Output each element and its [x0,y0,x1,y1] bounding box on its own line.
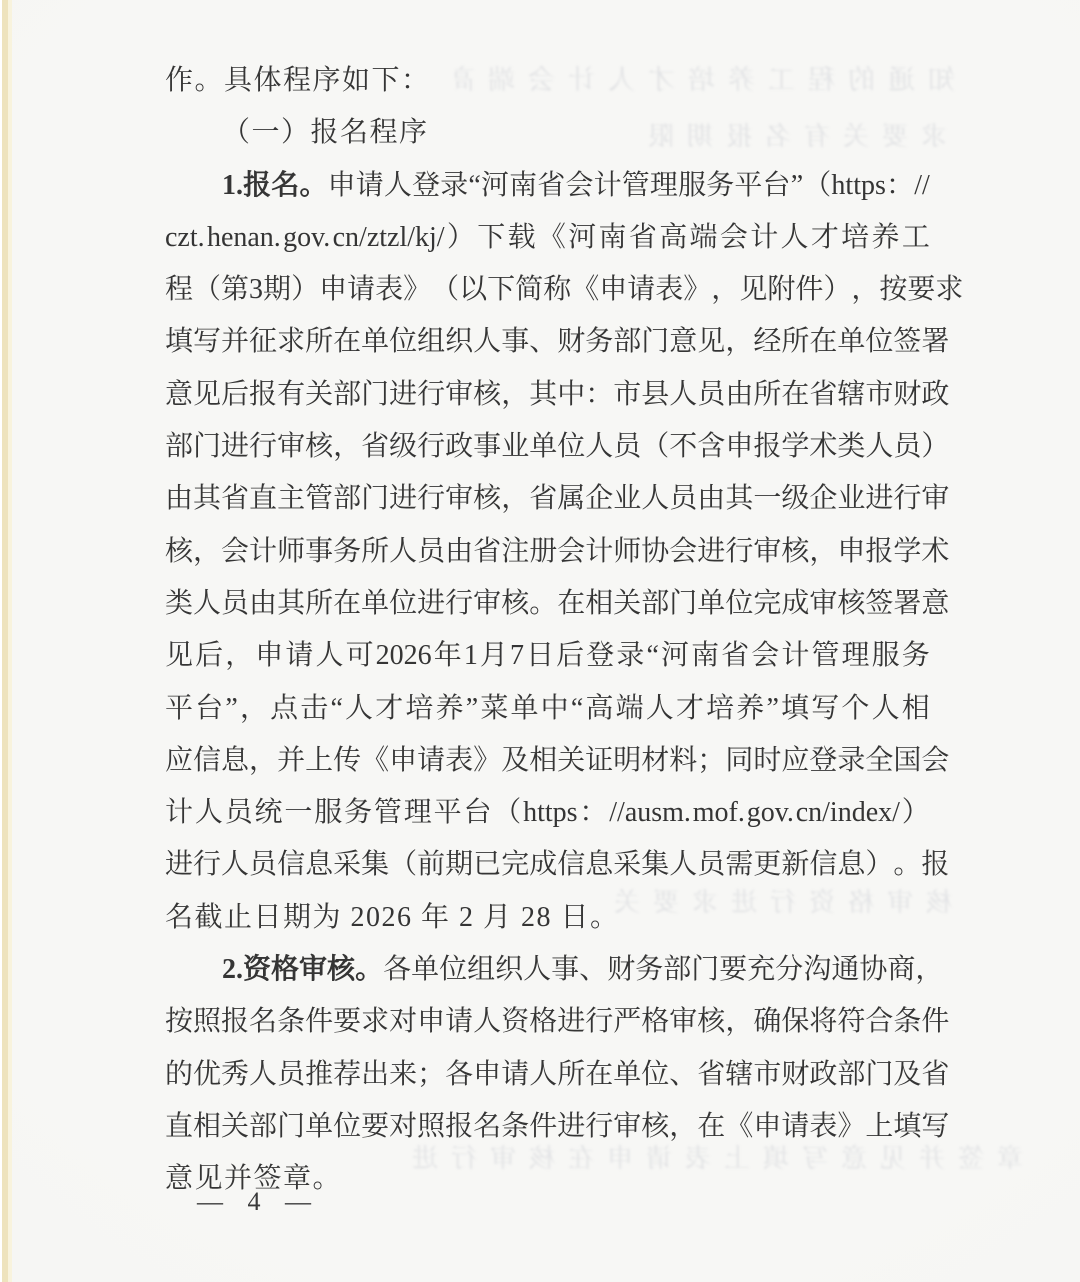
text-token: 所 [753,369,781,421]
text-token: 河 [661,630,689,682]
text-token: 管 [305,473,333,525]
text-token: gov. [283,212,330,264]
text-line: 的优秀人员推荐出来；各申请人所在单位、省辖市财政部门及省 [165,1049,930,1101]
text-token: 才 [375,683,403,735]
text-token: 才 [811,212,839,264]
text-token: 业 [501,421,529,473]
text-token: 息 [837,839,865,891]
text-token: ， [725,316,753,368]
text-token: 行 [585,1101,613,1153]
text-token: 服 [872,630,900,682]
text-token: 可 [346,630,374,682]
text-token: 并 [221,316,249,368]
text-token: 才 [676,683,704,735]
text-token: 意 [921,578,949,630]
text-token: 直 [165,1101,193,1153]
text-token: 核 [165,526,193,578]
text-token: ， [240,683,268,735]
text-token: 申 [389,735,417,787]
text-token: 有 [277,369,305,421]
text-token: 南 [691,630,719,682]
text-token: 人 [585,421,613,473]
text-token: 保 [781,996,809,1048]
text-token: 员 [613,421,641,473]
text-token: 核 [305,421,333,473]
text-token: 请 [356,160,384,212]
text-token: 省 [361,421,389,473]
text-token: 业 [837,473,865,525]
text-token: 荐 [333,1049,361,1101]
text-token: ” [225,683,237,735]
text-token: 门 [277,1101,305,1153]
text-token: 市 [753,1049,781,1101]
text-token: 行 [417,421,445,473]
text-token: 同 [725,735,753,787]
text-token: 新 [781,839,809,891]
text-run: 作。具体程序如下： [165,65,431,96]
text-token: 报 [221,996,249,1048]
text-token: 计 [750,212,778,264]
text-token: 核 [781,526,809,578]
text-token: 程 [165,264,193,316]
text-token: 称 [543,264,571,316]
text-token: 件 [305,996,333,1048]
text-token: 核 [473,473,501,525]
text-token: 各 [383,944,411,996]
text-token: 位 [333,1101,361,1153]
text-token: 在 [585,1049,613,1101]
text-token: 写 [921,1101,949,1153]
text-token: 员 [669,473,697,525]
text-token: 名 [271,160,299,212]
text-token: 在 [697,1101,725,1153]
text-token: 务 [585,316,613,368]
text-token: 在 [781,369,809,421]
text-token: 统 [255,787,283,839]
text-token: 见 [739,264,767,316]
text-token: 登 [412,160,440,212]
text-token: 其 [193,473,221,525]
text-token: 人 [195,787,223,839]
text-token: 人 [641,473,669,525]
text-token: 应 [781,735,809,787]
text-token: 优 [193,1049,221,1101]
text-token: 信 [193,735,221,787]
text-token: 学 [781,421,809,473]
text-token: 料 [669,735,697,787]
text-token: 格 [271,944,299,996]
text-token: 2026 [376,630,432,682]
text-token: 意 [165,369,193,421]
text-token: 见 [165,630,193,682]
text-token: 所 [781,316,809,368]
text-token: 审 [277,421,305,473]
text-token: 务 [902,630,930,682]
text-token: 资 [243,944,271,996]
text-line: 部门进行审核，省级行政事业单位人员（不含申报学术类人员） [165,421,930,473]
text-token: 审 [445,369,473,421]
text-token: 分 [775,944,803,996]
text-token: 所 [361,526,389,578]
text-line: 2.资格审核。各单位组织人事、财务部门要充分沟通协商， [165,944,930,996]
text-line: 进行人员信息采集（前期已完成信息采集人员需更新信息）。报 [165,839,930,891]
text-token: 。 [893,839,921,891]
text-token: 将 [809,996,837,1048]
text-token: ） [291,264,319,316]
text-token: 门 [361,473,389,525]
text-line: 计人员统一服务管理平台（https：//ausm.mof.gov.cn/inde… [165,787,930,839]
text-line: 应信息，并上传《申请表》及相关证明材料；同时应登录全国会 [165,735,930,787]
text-token: 按 [879,264,907,316]
text-token: 符 [837,996,865,1048]
text-token: 由 [445,526,473,578]
text-token: 政 [809,1049,837,1101]
text-token: 。 [529,578,557,630]
text-token: 事 [473,421,501,473]
text-token: 事 [305,526,333,578]
text-token: 息 [305,839,333,891]
text-token: 门 [669,578,697,630]
text-line: 填写并征求所在单位组织人事、财务部门意见，经所在单位签署 [165,316,930,368]
text-token: 位 [557,421,585,473]
text-token: 核 [473,369,501,421]
text-token: 省 [629,212,657,264]
text-token: 核 [641,1101,669,1153]
text-token: 名 [249,996,277,1048]
text-token: 省 [221,473,249,525]
document-body: 作。具体程序如下：（一）报名程序1.报名。申请人登录“河南省会计管理服务平台”（… [165,55,930,1206]
text-token: 务 [344,787,372,839]
text-token: 学 [893,526,921,578]
text-token: 培 [706,683,734,735]
text-token: 省 [473,526,501,578]
text-token: 格 [641,996,669,1048]
text-token: 企 [585,473,613,525]
text-token: “ [646,630,658,682]
text-token: 师 [277,526,305,578]
text-token: ， [501,473,529,525]
text-token: 传 [333,735,361,787]
text-token: 审 [669,996,697,1048]
text-token: 位 [439,944,467,996]
text-token: 核 [501,578,529,630]
text-token: 个 [841,683,869,735]
text-token: 人 [529,1049,557,1101]
text-token: 辖 [837,369,865,421]
text-token: 签 [865,578,893,630]
text-token: 人 [384,160,412,212]
text-token: 工 [902,212,930,264]
text-token: 已 [473,839,501,891]
text-token: ； [417,1049,445,1101]
text-token: 人 [221,839,249,891]
text-token: 见 [193,369,221,421]
text-token: 人 [473,316,501,368]
text-token: 上 [305,735,333,787]
text-token: 企 [809,473,837,525]
text-token: 员 [893,421,921,473]
text-token: 求 [935,264,963,316]
text-token: 审 [473,578,501,630]
text-token: 要 [907,264,935,316]
text-token: 明 [613,735,641,787]
text-token: 下 [487,264,515,316]
text-token: 。 [299,160,327,212]
text-token: （ [493,787,521,839]
text-token: 年 [434,630,462,682]
text-token: 1. [222,160,243,212]
text-token: 台 [463,787,491,839]
text-token: 协 [641,526,669,578]
text-token: “ [571,683,583,735]
text-token: 人 [646,683,674,735]
text-token: 期 [263,264,291,316]
text-token: 申 [599,264,627,316]
text-token: 菜 [480,683,508,735]
text-token: 术 [809,421,837,473]
text-token: 员 [221,578,249,630]
text-token: ） [823,264,851,316]
text-token: 类 [165,578,193,630]
text-token: 审 [921,473,949,525]
text-token: 表 [655,264,683,316]
text-token: 秀 [221,1049,249,1101]
text-run: 名截止日期为 2026 年 2 月 28 日。 [165,902,620,933]
text-token: 》 [837,1101,865,1153]
text-token: 理 [404,787,432,839]
text-token: 理 [842,630,870,682]
text-token: 培 [405,683,433,735]
text-token: 部 [663,944,691,996]
text-token: 1 [464,630,478,682]
text-token: 3 [249,264,263,316]
text-token: 申 [255,630,283,682]
text-token: 请 [445,996,473,1048]
text-token: 单 [529,421,557,473]
text-token: 财 [893,369,921,421]
text-token: 部 [837,1049,865,1101]
text-token: 国 [893,735,921,787]
text-token: 录 [616,630,644,682]
text-token: 织 [495,944,523,996]
text-token: 签 [893,316,921,368]
text-token: 进 [557,1101,585,1153]
text-token: 及 [893,1049,921,1101]
text-token: ， [249,735,277,787]
text-token: 单 [305,1101,333,1153]
text-token: 主 [277,473,305,525]
text-token: 要 [333,996,361,1048]
text-token: 直 [249,473,277,525]
text-token: 。 [355,944,383,996]
text-token: 件 [921,996,949,1048]
text-token: 行 [249,421,277,473]
text-token: 注 [501,526,529,578]
text-token: 省 [921,1049,949,1101]
text-token: 人 [781,212,809,264]
text-token: 关 [221,1101,249,1153]
text-token: 师 [613,526,641,578]
text-token: 单 [361,316,389,368]
text-token: 养 [736,683,764,735]
text-line: （一）报名程序 [165,107,930,159]
text-run: （一）报名程序 [222,117,429,148]
text-line: 由其省直主管部门进行审核，省属企业人员由其一级企业进行审 [165,473,930,525]
text-line: 按照报名条件要求对申请人资格进行严格审核，确保将符合条件 [165,996,930,1048]
text-token: // [914,160,930,212]
text-token: 务 [706,160,734,212]
text-token: gov. [747,787,794,839]
scanned-document-page: 知通的程工养培才人计会端高展开求要关有名报期限核审格资行进求要关章签并见意写填上… [0,0,1080,1282]
text-token: 由 [697,473,725,525]
text-token: 署 [921,316,949,368]
text-token: 在 [809,316,837,368]
text-token: ： [579,787,607,839]
text-token: 请 [285,630,313,682]
text-token: 关 [613,578,641,630]
text-token: 级 [781,473,809,525]
text-token: 中 [557,369,585,421]
text-token: 求 [277,316,305,368]
text-token: 商 [887,944,915,996]
text-token: 不 [669,421,697,473]
text-token: 关 [557,735,585,787]
text-token: 一 [753,473,781,525]
text-token: 单 [613,1049,641,1101]
text-token: 市 [613,369,641,421]
text-token: 核 [697,996,725,1048]
text-token: 人 [669,369,697,421]
text-token: 人 [345,683,373,735]
text-line: 程（第3期）申请表》（以下简称《申请表》，见附件），按要求 [165,264,930,316]
text-token: 后 [221,369,249,421]
text-token: 集 [641,839,669,891]
text-line: czt.henan.gov.cn/ztzl/kj/）下载《河南省高端会计人才培养… [165,212,930,264]
text-token: 征 [249,316,277,368]
text-token: 财 [557,316,585,368]
text-token: 位 [865,316,893,368]
text-token: 成 [529,839,557,891]
text-token: 部 [165,421,193,473]
text-token: 事 [551,944,579,996]
text-token: 人 [315,630,343,682]
text-token: 行 [725,526,753,578]
text-token: 服 [678,160,706,212]
text-token: 通 [831,944,859,996]
text-token: 应 [165,735,193,787]
text-token: ， [851,264,879,316]
text-token: 附 [767,264,795,316]
text-token: 采 [613,839,641,891]
text-token: 》 [473,735,501,787]
text-token: ， [501,369,529,421]
text-token: 平 [434,787,462,839]
text-token: 《 [538,212,566,264]
text-token: 所 [305,578,333,630]
text-token: 报 [753,421,781,473]
text-token: 人 [473,996,501,1048]
text-token: 员 [697,839,725,891]
text-token: cn/ztzl/kj/ [333,212,445,264]
text-token: 录 [837,735,865,787]
text-token: 表 [445,735,473,787]
text-token: 养 [872,212,900,264]
text-token: mof. [693,787,745,839]
text-token: 资 [501,996,529,1048]
text-token: 计 [781,630,809,682]
text-token: 会 [565,160,593,212]
text-token: 报 [243,160,271,212]
text-token: 进 [697,526,725,578]
text-token: 进 [389,369,417,421]
text-token: （ [389,839,417,891]
text-token: 高 [585,683,613,735]
text-token: 位 [725,578,753,630]
text-token: ） [921,421,949,473]
text-token: 审 [299,944,327,996]
text-token: 其 [725,473,753,525]
text-token: 采 [333,839,361,891]
text-token: 进 [417,578,445,630]
text-token: 会 [921,735,949,787]
text-token: 署 [893,578,921,630]
text-token: 协 [859,944,887,996]
text-token: 在 [557,578,585,630]
text-token: 见 [697,316,725,368]
text-token: 相 [585,578,613,630]
text-token: 培 [841,212,869,264]
text-token: 申 [417,996,445,1048]
text-token: 单 [511,683,539,735]
text-token: 核 [327,944,355,996]
text-token: 所 [305,316,333,368]
text-token: 申 [753,1101,781,1153]
text-token: 》 [403,264,431,316]
text-token: 件 [795,264,823,316]
text-token: 其 [529,369,557,421]
text-token: 息 [585,839,613,891]
text-token: 及 [501,735,529,787]
text-token: 登 [586,630,614,682]
text-token: 位 [389,578,417,630]
text-token: 河 [568,212,596,264]
text-token: 信 [557,839,585,891]
text-token: 条 [501,1101,529,1153]
text-token: 事 [501,316,529,368]
text-token: 照 [193,996,221,1048]
text-token: 写 [193,316,221,368]
text-token: 管 [622,160,650,212]
text-token: 进 [865,473,893,525]
text-token: ： [585,369,613,421]
text-token: 组 [417,316,445,368]
text-token: ， [225,630,253,682]
text-token: 由 [725,369,753,421]
text-token: 会 [669,526,697,578]
page-number: — 4 — [197,1187,313,1217]
text-token: ” [791,160,803,212]
text-token: 后 [556,630,584,682]
text-token: 材 [641,735,669,787]
text-token: 点 [270,683,298,735]
text-token: 、 [669,1049,697,1101]
text-token: 条 [277,996,305,1048]
text-token: 要 [719,944,747,996]
text-token: 各 [445,1049,473,1101]
text-token: 并 [277,735,305,787]
text-token: 申 [725,421,753,473]
text-token: 端 [690,212,718,264]
